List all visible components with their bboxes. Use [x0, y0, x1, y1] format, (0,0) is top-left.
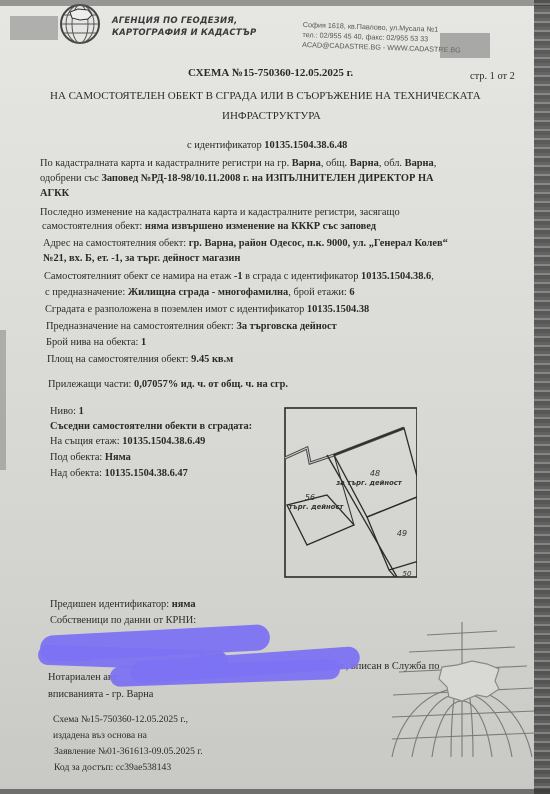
unit-56-number: 56: [305, 493, 315, 502]
approval-order-line: одобрени със Заповед №РД-18-98/10.11.200…: [40, 172, 434, 185]
scan-artifact: [10, 16, 58, 40]
agency-globe-logo-icon: [58, 2, 102, 46]
scan-artifact: [440, 33, 490, 58]
footer-access-code: Код за достъп: cc39ae538143: [54, 761, 171, 774]
notary-act-partial: Нотариален акт: [48, 671, 117, 684]
footer-application: Заявление №01-361613-09.05.2025 г.: [54, 745, 203, 758]
agency-name: АГЕНЦИЯ ПО ГЕОДЕЗИЯ, КАРТОГРАФИЯ И КАДАС…: [112, 15, 256, 39]
owners-label: Собственици по данни от КРНИ:: [50, 614, 196, 627]
unit-49-number: 49: [397, 529, 407, 538]
object-identifier: с идентификатор 10135.1504.38.6.48: [187, 139, 347, 152]
address-line: Адрес на самостоятелния обект: гр. Варна…: [43, 237, 448, 250]
unit-50-number: 50: [403, 570, 412, 578]
same-floor-line: На същия етаж: 10135.1504.38.6.49: [50, 435, 205, 448]
unit-48-number: 48: [370, 469, 380, 478]
shared-parts-line: Прилежащи части: 0,07057% ид. ч. от общ.…: [48, 378, 288, 391]
level-line: Ниво: 1: [50, 405, 84, 418]
unit-56-purpose: търг. дейност: [289, 503, 345, 511]
building-purpose-line: с предназначение: Жилищна сграда - много…: [45, 286, 355, 299]
page-indicator: стр. 1 от 2: [470, 70, 515, 83]
levels-line: Брой нива на обекта: 1: [46, 336, 146, 349]
last-change-line: Последно изменение на кадастралната карт…: [40, 206, 400, 219]
scheme-title: СХЕМА №15-750360-12.05.2025 г.: [188, 67, 353, 80]
subtitle-line2: ИНФРАСТРУКТУРА: [222, 110, 321, 123]
subtitle-line1: НА САМОСТОЯТЕЛЕН ОБЕКТ В СГРАДА ИЛИ В СЪ…: [50, 90, 481, 103]
approval-agency: АГКК: [40, 187, 69, 200]
plot-line: Сградата е разположена в поземлен имот с…: [45, 303, 369, 316]
scan-shadow-bottom: [0, 789, 550, 794]
last-change-value: самостоятелния обект: няма извършено изм…: [42, 220, 376, 233]
registry-city: вписванията - гр. Варна: [48, 688, 153, 701]
footer-issued-based-on: издадена въз основа на: [53, 729, 147, 742]
object-purpose-line: Предназначение на самостоятелния обект: …: [46, 320, 337, 333]
agency-contact: София 1618, кв.Павлово, ул.Мусала №1 тел…: [302, 20, 462, 56]
floor-plan-diagram: 48 за търг. дейност 56 търг. дейност 49 …: [282, 405, 417, 580]
below-line: Под обекта: Няма: [50, 451, 131, 464]
footer-scheme-ref: Схема №15-750360-12.05.2025 г.,: [53, 713, 188, 726]
globe-watermark-icon: [387, 617, 537, 757]
above-line: Над обекта: 10135.1504.38.6.47: [50, 467, 188, 480]
address-line2: №21, вх. Б, ет. -1, за търг. дейност маг…: [43, 252, 240, 265]
unit-48-purpose: за търг. дейност: [335, 479, 403, 487]
neighbors-heading: Съседни самостоятелни обекти в сградата:: [50, 420, 252, 433]
scan-shadow-left: [0, 330, 6, 470]
previous-identifier-line: Предишен идентификатор: няма: [50, 598, 196, 611]
floor-line: Самостоятелният обект се намира на етаж …: [44, 270, 434, 283]
scan-shadow-right: [534, 0, 550, 794]
area-line: Площ на самостоятелния обект: 9.45 кв.м: [47, 353, 233, 366]
cadastral-map-line: По кадастралната карта и кадастралните р…: [40, 157, 436, 170]
document-page: АГЕНЦИЯ ПО ГЕОДЕЗИЯ, КАРТОГРАФИЯ И КАДАС…: [0, 0, 550, 794]
